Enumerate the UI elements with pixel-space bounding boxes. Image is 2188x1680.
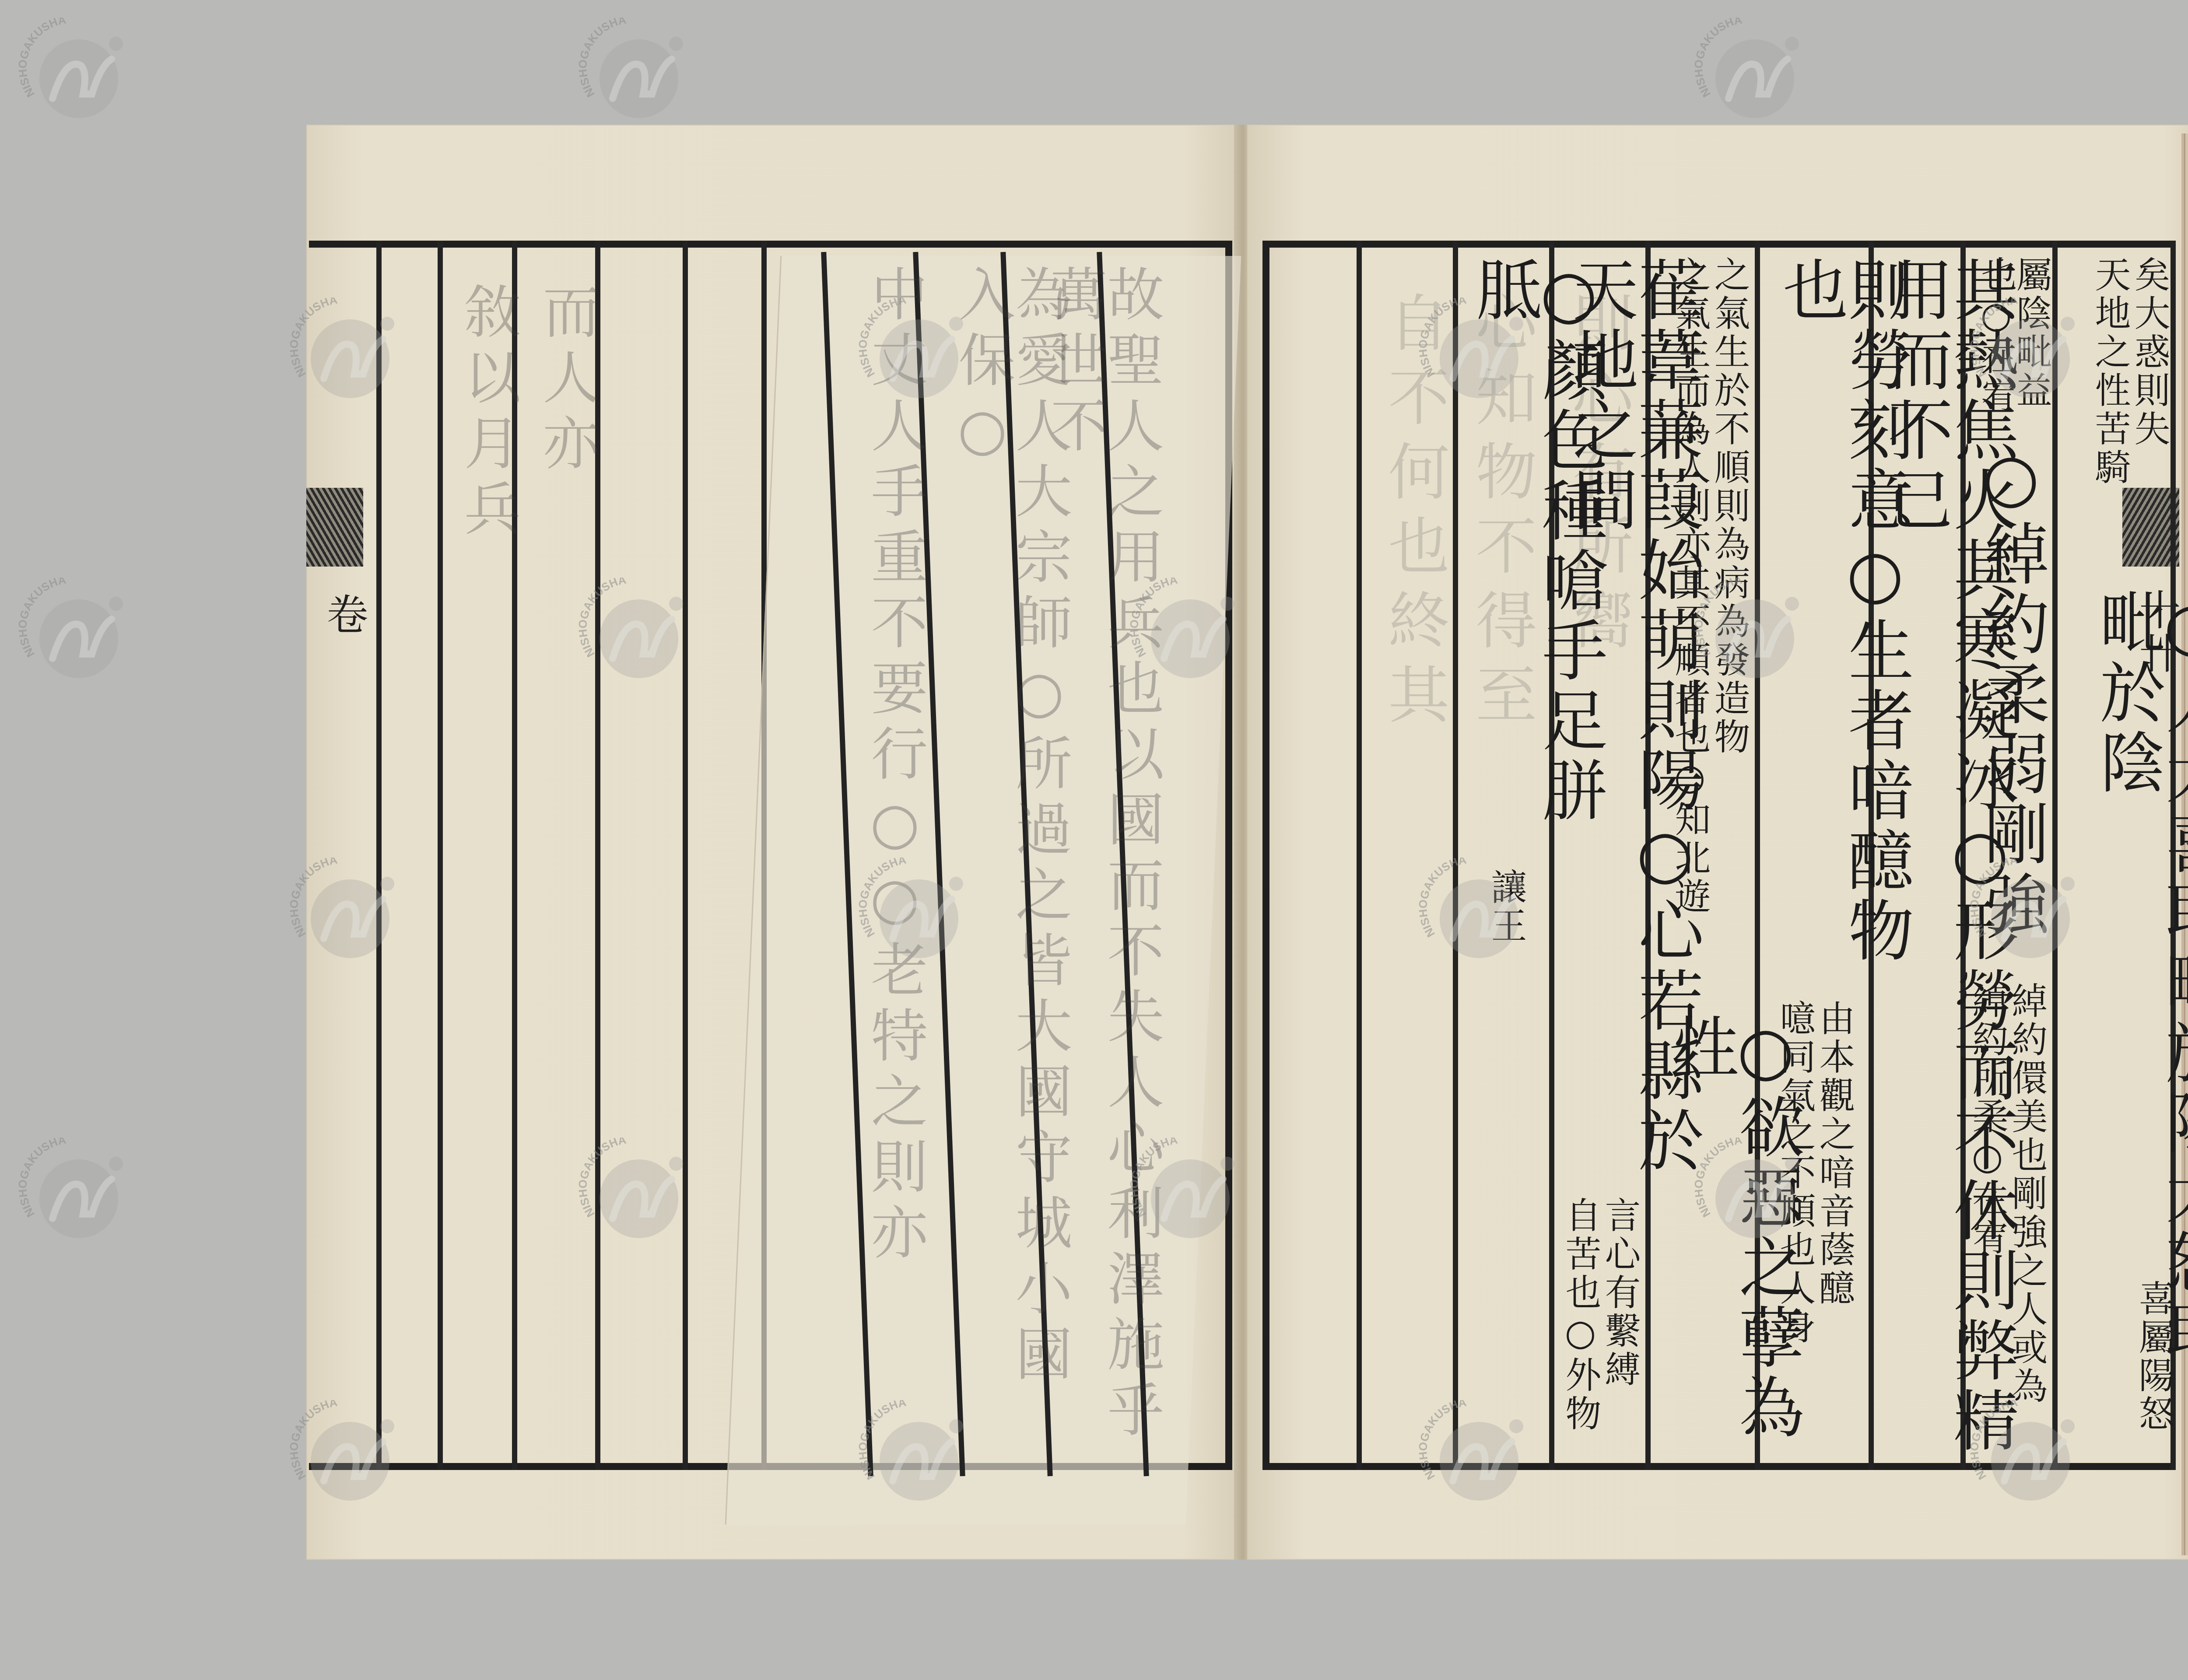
- svg-text:NISHOGAKUSHA: NISHOGAKUSHA: [18, 577, 67, 660]
- annotation-column: 喜屬陽怒: [2135, 1280, 2171, 1455]
- annotation-column: 自苦也○外物: [1562, 1197, 1598, 1468]
- column-rule: [1453, 241, 1458, 1470]
- nishogakusha-logo-icon: NISHOGAKUSHA: [18, 17, 131, 122]
- watermark-logo: NISHOGAKUSHA: [18, 17, 131, 122]
- bleed-through-text: 自不何也終其: [1383, 291, 1444, 1428]
- nishogakusha-logo-icon: NISHOGAKUSHA: [18, 577, 131, 682]
- svg-text:NISHOGAKUSHA: NISHOGAKUSHA: [578, 17, 628, 100]
- scan-scene: 卷 敘以月兵 而人亦 故聖人之用兵也以國而不失人心利澤施乎萬世不 為愛人大宗師○…: [0, 0, 2188, 1680]
- bleed-through-text: 敘以月兵: [459, 282, 516, 1420]
- nishogakusha-logo-icon: NISHOGAKUSHA: [18, 1137, 131, 1242]
- bleed-through-text: 而人亦: [538, 282, 595, 1420]
- annotation-column: 讓王: [1488, 868, 1524, 1000]
- watermark-logo: NISHOGAKUSHA: [18, 1137, 131, 1242]
- nishogakusha-logo-icon: NISHOGAKUSHA: [1694, 17, 1807, 122]
- left-fishtail-ornament: [306, 488, 363, 567]
- column-rule: [376, 241, 382, 1470]
- watermark-logo: NISHOGAKUSHA: [578, 17, 691, 122]
- slip-text-column: 中丈人手重不要行○○老特之則亦: [866, 265, 923, 1446]
- annotation-column: 由本觀之喑音蔭醷: [1816, 1000, 1852, 1437]
- annotation-column: 之氣生於不順則為病為發造物: [1711, 256, 1747, 1000]
- slip-text-column: 為愛人大宗師○所過之皆大國守城小國入保○: [954, 265, 1068, 1446]
- main-text-column: 則勞刻意○生者喑醷物也: [1777, 256, 1908, 1000]
- open-book: 卷 敘以月兵 而人亦 故聖人之用兵也以國而不失人心利澤施乎萬世不 為愛人大宗師○…: [306, 125, 2188, 1560]
- column-rule: [683, 241, 688, 1470]
- column-rule: [438, 241, 443, 1470]
- watermark-logo: NISHOGAKUSHA: [1694, 17, 1807, 122]
- main-text-column: ○顏色種嗆手足胼胝: [1470, 256, 1602, 868]
- watermark-logo: NISHOGAKUSHA: [18, 577, 131, 682]
- left-margin-label: 卷: [314, 593, 374, 636]
- column-rule: [2052, 241, 2058, 1470]
- svg-text:NISHOGAKUSHA: NISHOGAKUSHA: [18, 1137, 67, 1220]
- annotation-column: 言心有繫縛: [1602, 1197, 1637, 1468]
- svg-text:NISHOGAKUSHA: NISHOGAKUSHA: [1694, 17, 1743, 100]
- column-rule: [1357, 241, 1362, 1470]
- nishogakusha-logo-icon: NISHOGAKUSHA: [578, 17, 691, 122]
- svg-text:NISHOGAKUSHA: NISHOGAKUSHA: [18, 17, 67, 100]
